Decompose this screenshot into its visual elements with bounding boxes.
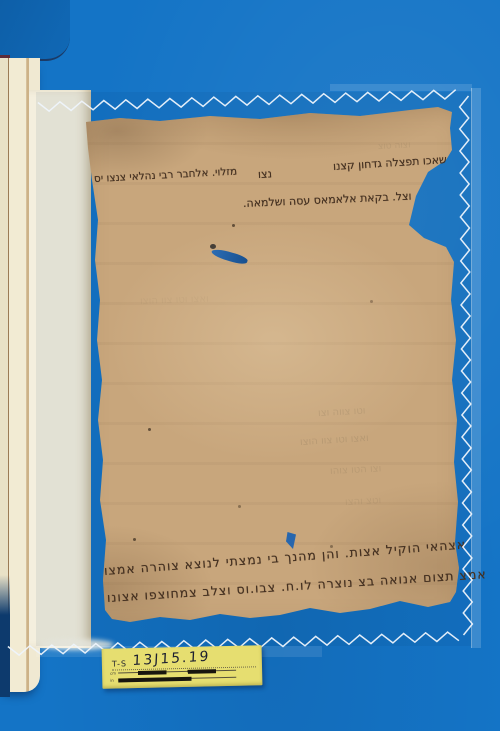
book-cover-corner <box>0 0 70 61</box>
in-scale-row: in <box>110 675 236 683</box>
script-faint-line: וטצ והצו <box>345 495 382 508</box>
ink-blot <box>210 244 216 249</box>
shelfmark-label: T-S 13J15.19 cm in <box>102 645 263 689</box>
gutter-shadow <box>0 575 10 697</box>
ink-speck <box>232 224 235 227</box>
shelfmark-prefix: T-S <box>112 659 127 669</box>
melinex-top-edge <box>330 84 472 91</box>
script-faint-line: וצוה טוצ <box>378 140 411 152</box>
script-line-top-mid: נצו <box>258 167 273 181</box>
in-unit-label: in <box>110 678 114 682</box>
melinex-right-edge <box>471 88 481 648</box>
ink-speck <box>133 538 136 541</box>
ink-speck <box>370 300 373 303</box>
shelfmark-number: 13J15.19 <box>132 649 211 670</box>
cm-scale-bar <box>118 668 236 675</box>
in-scale-bar <box>118 675 236 682</box>
photographed-album-page: שאכו תפצלה גדחון קצנו נצו מזלוי. אלחבר ר… <box>0 0 500 731</box>
cm-unit-label: cm <box>110 671 114 675</box>
ink-speck <box>238 505 241 508</box>
ink-speck <box>148 428 151 431</box>
